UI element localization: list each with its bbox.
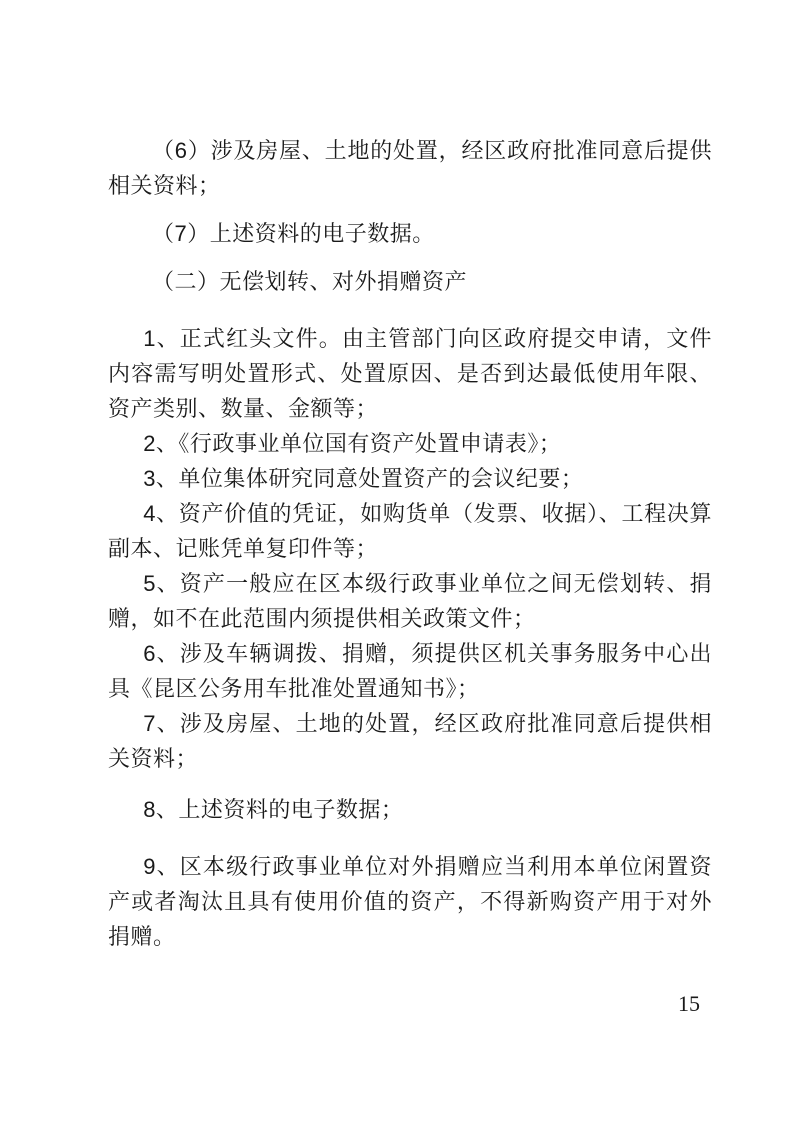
list-item-4-asset-value-vouchers: 4、资产价值的凭证，如购货单（发票、收据）、工程决算副本、记账凭单复印件等； <box>108 496 712 566</box>
section-heading-free-transfer-donation: （二）无偿划转、对外捐赠资产 <box>108 264 712 299</box>
list-item-7-house-land: 7、涉及房屋、土地的处置，经区政府批准同意后提供相关资料； <box>108 706 712 776</box>
document-page: （6）涉及房屋、土地的处置，经区政府批准同意后提供相关资料； （7）上述资料的电… <box>0 0 793 1122</box>
list-item-3-meeting-minutes: 3、单位集体研究同意处置资产的会议纪要； <box>108 461 712 496</box>
list-item-6-vehicle-allocation: 6、涉及车辆调拨、捐赠，须提供区机关事务服务中心出具《昆区公务用车批准处置通知书… <box>108 636 712 706</box>
paragraph-7-electronic-data: （7）上述资料的电子数据。 <box>108 216 712 251</box>
list-item-8-electronic-data: 8、上述资料的电子数据； <box>108 792 712 827</box>
list-item-5-transfer-scope: 5、资产一般应在区本级行政事业单位之间无偿划转、捐赠，如不在此范围内须提供相关政… <box>108 566 712 636</box>
list-item-1-official-document: 1、正式红头文件。由主管部门向区政府提交申请，文件内容需写明处置形式、处置原因、… <box>108 321 712 426</box>
list-item-9-donation-rules: 9、区本级行政事业单位对外捐赠应当利用本单位闲置资产或者淘汰且具有使用价值的资产… <box>108 849 712 954</box>
paragraph-6-house-land: （6）涉及房屋、土地的处置，经区政府批准同意后提供相关资料； <box>108 133 712 203</box>
document-body: （6）涉及房屋、土地的处置，经区政府批准同意后提供相关资料； （7）上述资料的电… <box>108 133 712 954</box>
page-footer: 15 <box>108 990 712 1018</box>
list-item-2-application-form: 2、《行政事业单位国有资产处置申请表》； <box>108 426 712 461</box>
page-number: 15 <box>678 991 700 1016</box>
